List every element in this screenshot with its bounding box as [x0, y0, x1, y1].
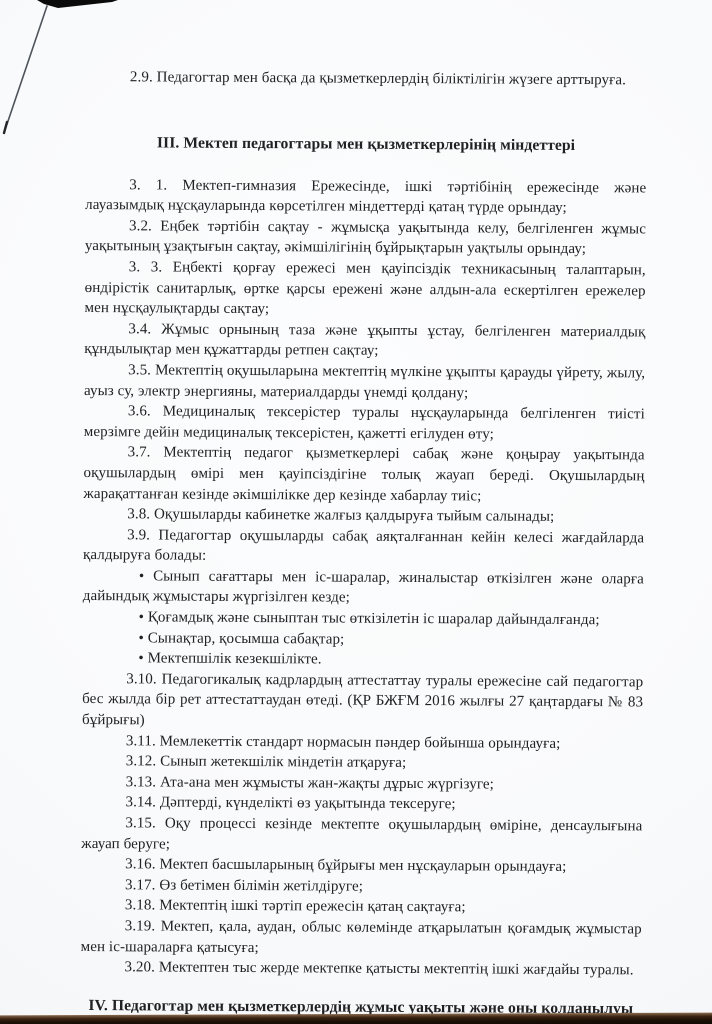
- clause-3-10: 3.10. Педагогикалық кадрлардың аттестатт…: [82, 669, 643, 734]
- clause-3-1: 3. 1. Мектеп-гимназия Ережесінде, ішкі т…: [85, 175, 646, 220]
- clause-3-6: 3.6. Медициналық тексерістер туралы нұсқ…: [84, 401, 645, 446]
- bullet-item-class-hours: Сынып сағаттары мен іс-шаралар, жиналыст…: [83, 566, 644, 611]
- clause-3-20: 3.20. Мектептен тыс жерде мектепке қатыс…: [80, 957, 641, 981]
- clause-2-9: 2.9. Педагогтар мен басқа да қызметкерле…: [86, 67, 647, 91]
- scan-bottom-edge-artifact: [0, 1013, 712, 1024]
- scanned-document-page: 2.9. Педагогтар мен басқа да қызметкерле…: [0, 0, 712, 1024]
- clause-3-15: 3.15. Оқу процессі кезінде мектепте оқуш…: [81, 813, 642, 858]
- clause-3-19: 3.19. Мектеп, қала, аудан, облыс көлемін…: [81, 916, 642, 961]
- clause-3-5: 3.5. Мектептің оқушыларына мектептің мүл…: [84, 360, 645, 405]
- clause-3-2: 3.2. Еңбек тәртібін сақтау - жұмысқа уақ…: [85, 216, 646, 261]
- section-3-heading: III. Мектеп педагогтары мен қызметкерлер…: [85, 132, 646, 156]
- clause-3-9: 3.9. Педагогтар оқушыларды сабақ аяқталғ…: [83, 525, 644, 570]
- bullet-item-public-events: Қоғамдық және сыныптан тыс өткізілетін і…: [83, 607, 644, 631]
- clause-3-7: 3.7. Мектептің педагог қызметкерлері саб…: [83, 442, 644, 507]
- clause-3-3: 3. 3. Еңбекті қорғау ережесі мен қауіпсі…: [84, 257, 645, 322]
- document-body: 2.9. Педагогтар мен басқа да қызметкерле…: [80, 67, 647, 1019]
- clause-3-4: 3.4. Жұмыс орнының таза және ұқыпты ұста…: [84, 319, 645, 364]
